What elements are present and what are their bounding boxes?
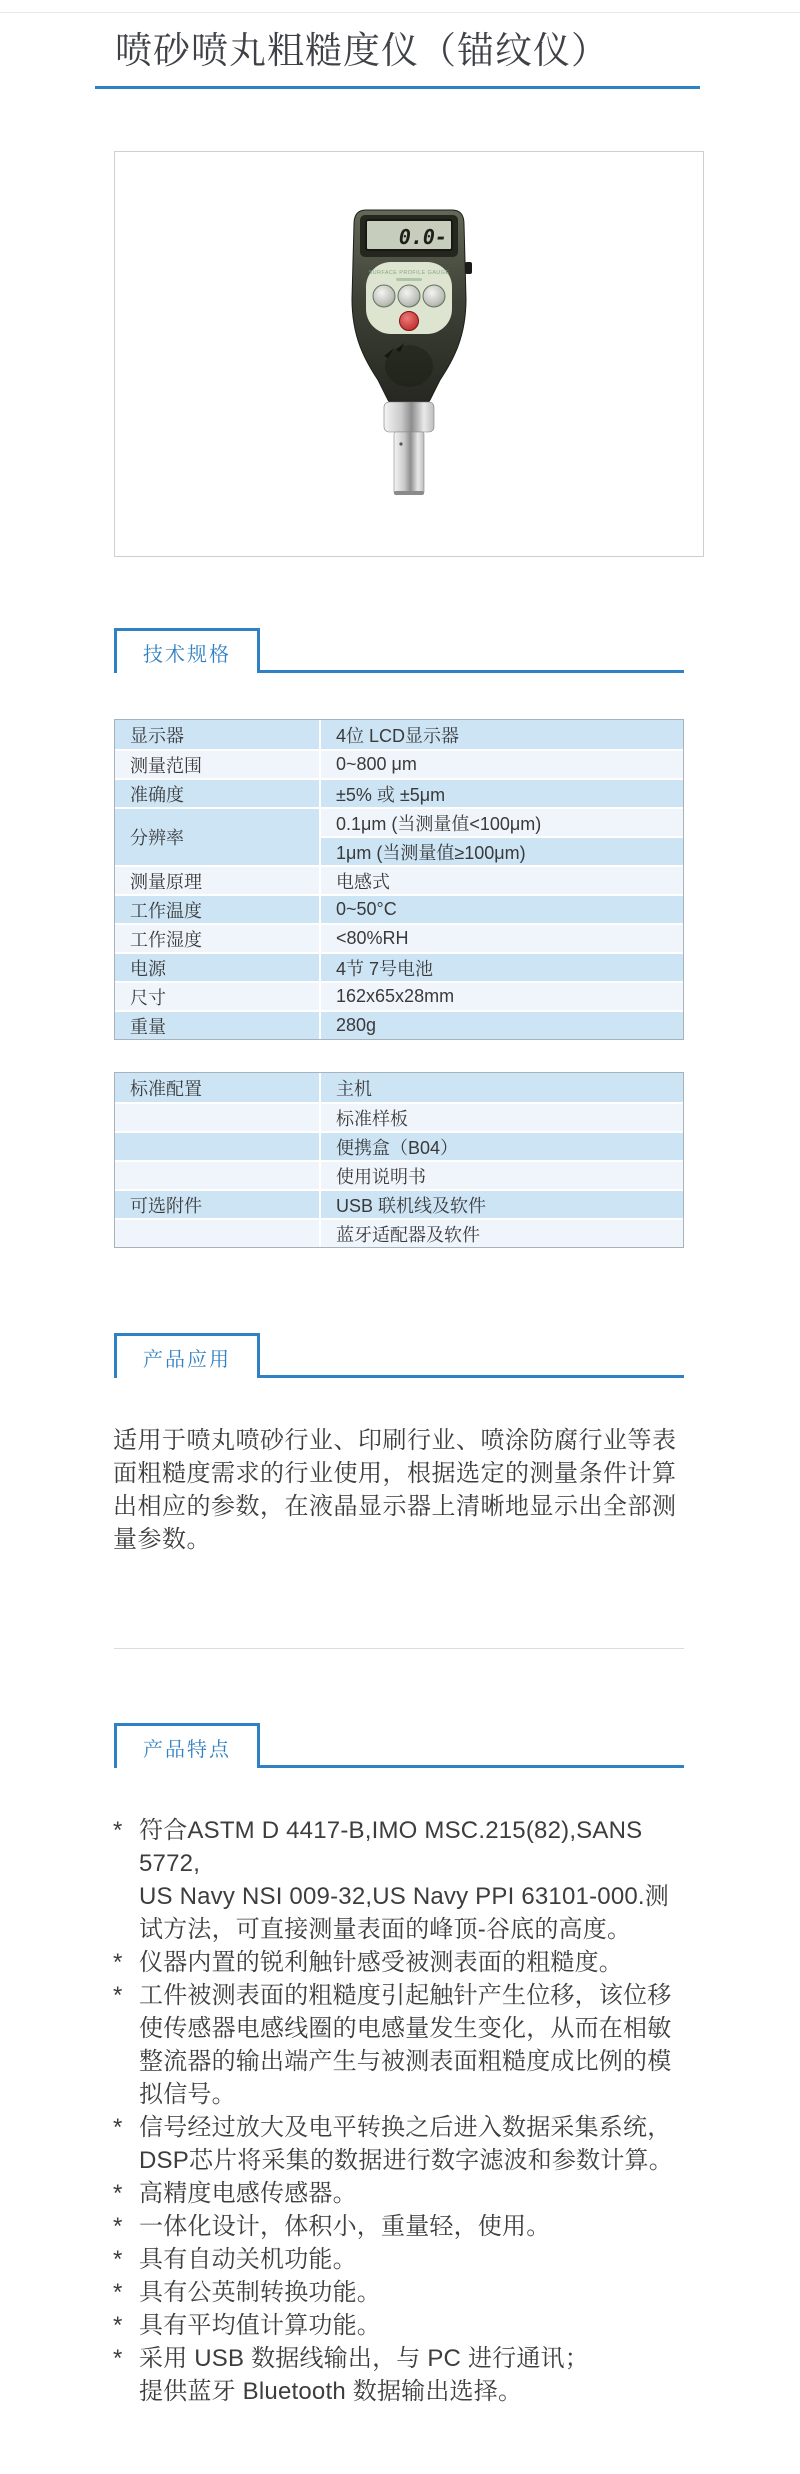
feature-item: *采用 USB 数据线输出，与 PC 进行通讯； 提供蓝牙 Bluetooth … <box>113 2342 693 2408</box>
lcd-value: 0.0- <box>399 225 447 249</box>
table-row: 蓝牙适配器及软件 <box>115 1218 683 1247</box>
section-tab-application-label: 产品应用 <box>114 1333 260 1378</box>
page-top-divider <box>0 12 800 13</box>
spec-value: 0~800 μm <box>319 749 683 778</box>
feature-bullet-marker: * <box>113 1946 139 1979</box>
config-label <box>115 1131 319 1160</box>
section-tab-specs-rule <box>260 670 684 673</box>
config-label: 可选附件 <box>115 1189 319 1218</box>
product-photo: 0.0- SURFACE PROFILE GAUGE <box>344 204 474 504</box>
feature-bullet-marker: * <box>113 2276 139 2309</box>
feature-item: *具有自动关机功能。 <box>113 2243 693 2276</box>
config-table: 标准配置 主机 标准样板 便携盒（B04） 使用说明书 可选附件 USB 联机线… <box>114 1072 684 1248</box>
feature-bullet-marker: * <box>113 1979 139 2111</box>
spec-label: 显示器 <box>115 720 319 749</box>
function-button-1 <box>373 285 395 307</box>
feature-item: *工件被测表面的粗糙度引起触针产生位移，该位移 使传感器电感线圈的电感量发生变化… <box>113 1979 693 2111</box>
feature-item: *信号经过放大及电平转换之后进入数据采集系统， DSP芯片将采集的数据进行数字滤… <box>113 2111 693 2177</box>
spec-label: 准确度 <box>115 778 319 807</box>
config-label <box>115 1218 319 1247</box>
config-value: 便携盒（B04） <box>319 1131 683 1160</box>
table-row: 测量范围 0~800 μm <box>115 749 683 778</box>
config-value: 主机 <box>319 1073 683 1102</box>
section-tab-features-label: 产品特点 <box>114 1723 260 1768</box>
section-tab-specs: 技术规格 <box>114 628 684 673</box>
table-row: 标准配置 主机 <box>115 1073 683 1102</box>
feature-bullet-marker: * <box>113 2309 139 2342</box>
spec-label: 测量原理 <box>115 865 319 894</box>
feature-item: *高精度电感传感器。 <box>113 2177 693 2210</box>
spec-label: 重量 <box>115 1010 319 1039</box>
function-button-3 <box>423 285 445 307</box>
spec-label: 测量范围 <box>115 749 319 778</box>
product-image-frame: 0.0- SURFACE PROFILE GAUGE <box>114 151 704 557</box>
table-row: 便携盒（B04） <box>115 1131 683 1160</box>
spec-value: 162x65x28mm <box>319 981 683 1010</box>
feature-item-text: 仪器内置的锐利触针感受被测表面的粗糙度。 <box>139 1946 693 1979</box>
page-title: 喷砂喷丸粗糙度仪（锚纹仪） <box>115 30 800 72</box>
table-row: 工作温度 0~50°C <box>115 894 683 923</box>
config-label <box>115 1160 319 1189</box>
feature-item: *符合ASTM D 4417-B,IMO MSC.215(82),SANS 57… <box>113 1814 693 1946</box>
probe-tip <box>394 491 424 495</box>
section-tab-features-rule <box>260 1765 684 1768</box>
section-tab-features: 产品特点 <box>114 1723 684 1768</box>
probe-cylinder <box>394 432 424 494</box>
thumb-recess <box>385 345 433 387</box>
spec-value: 4节 7号电池 <box>319 952 683 981</box>
feature-item-text: 高精度电感传感器。 <box>139 2177 693 2210</box>
spec-label: 工作湿度 <box>115 923 319 952</box>
feature-item-text: 具有公英制转换功能。 <box>139 2276 693 2309</box>
section-tab-application-rule <box>260 1375 684 1378</box>
feature-bullet-marker: * <box>113 1814 139 1946</box>
table-row: 测量原理 电感式 <box>115 865 683 894</box>
probe-assembly <box>384 402 434 495</box>
table-row: 工作湿度 <80%RH <box>115 923 683 952</box>
feature-item-text: 具有平均值计算功能。 <box>139 2309 693 2342</box>
side-button <box>465 262 472 274</box>
table-row: 尺寸 162x65x28mm <box>115 981 683 1010</box>
application-paragraph: 适用于喷丸喷砂行业、印刷行业、喷涂防腐行业等表 面粗糙度需求的行业使用，根据选定… <box>113 1424 691 1556</box>
feature-item-text: 具有自动关机功能。 <box>139 2243 693 2276</box>
table-row: 标准样板 <box>115 1102 683 1131</box>
spec-label: 电源 <box>115 952 319 981</box>
feature-bullet-marker: * <box>113 2177 139 2210</box>
feature-item-text: 采用 USB 数据线输出，与 PC 进行通讯； 提供蓝牙 Bluetooth 数… <box>139 2342 693 2408</box>
title-underline <box>95 86 700 89</box>
config-value: 使用说明书 <box>319 1160 683 1189</box>
config-label <box>115 1102 319 1131</box>
table-row: 电源 4节 7号电池 <box>115 952 683 981</box>
spec-value: 280g <box>319 1010 683 1039</box>
feature-bullet-marker: * <box>113 2210 139 2243</box>
power-button <box>400 312 419 331</box>
probe-hole <box>399 442 402 445</box>
spec-value: 4位 LCD显示器 <box>319 720 683 749</box>
feature-item-text: 信号经过放大及电平转换之后进入数据采集系统， DSP芯片将采集的数据进行数字滤波… <box>139 2111 693 2177</box>
spec-label: 尺寸 <box>115 981 319 1010</box>
spec-value: 0.1μm (当测量值<100μm) <box>319 807 683 836</box>
spec-value: 1μm (当测量值≥100μm) <box>319 836 683 865</box>
product-page: 喷砂喷丸粗糙度仪（锚纹仪） <box>0 0 800 2474</box>
spec-value: ±5% 或 ±5μm <box>319 778 683 807</box>
feature-item-text: 符合ASTM D 4417-B,IMO MSC.215(82),SANS 577… <box>139 1814 693 1946</box>
table-row: 分辨率 0.1μm (当测量值<100μm) <box>115 807 683 836</box>
spec-label: 工作温度 <box>115 894 319 923</box>
table-row: 使用说明书 <box>115 1160 683 1189</box>
section-tab-specs-label: 技术规格 <box>114 628 260 673</box>
feature-bullet-marker: * <box>113 2111 139 2177</box>
feature-item: *仪器内置的锐利触针感受被测表面的粗糙度。 <box>113 1946 693 1979</box>
feature-item-text: 一体化设计，体积小，重量轻，使用。 <box>139 2210 693 2243</box>
function-button-2 <box>398 285 420 307</box>
panel-label: SURFACE PROFILE GAUGE <box>369 270 450 276</box>
table-row: 准确度 ±5% 或 ±5μm <box>115 778 683 807</box>
spec-value: <80%RH <box>319 923 683 952</box>
control-panel: SURFACE PROFILE GAUGE <box>366 262 452 334</box>
config-label: 标准配置 <box>115 1073 319 1102</box>
spec-table: 显示器 4位 LCD显示器 测量范围 0~800 μm 准确度 ±5% 或 ±5… <box>114 719 684 1040</box>
feature-item: *一体化设计，体积小，重量轻，使用。 <box>113 2210 693 2243</box>
section-divider <box>114 1648 684 1649</box>
table-row: 显示器 4位 LCD显示器 <box>115 720 683 749</box>
panel-model-line <box>396 278 422 281</box>
table-row: 重量 280g <box>115 1010 683 1039</box>
table-row: 可选附件 USB 联机线及软件 <box>115 1189 683 1218</box>
config-value: 标准样板 <box>319 1102 683 1131</box>
feature-item-text: 工件被测表面的粗糙度引起触针产生位移，该位移 使传感器电感线圈的电感量发生变化，… <box>139 1979 693 2111</box>
spec-label: 分辨率 <box>115 807 319 865</box>
config-value: 蓝牙适配器及软件 <box>319 1218 683 1247</box>
config-value: USB 联机线及软件 <box>319 1189 683 1218</box>
spec-value: 电感式 <box>319 865 683 894</box>
feature-bullet-marker: * <box>113 2243 139 2276</box>
feature-item: *具有平均值计算功能。 <box>113 2309 693 2342</box>
probe-collar <box>384 402 434 432</box>
spec-value: 0~50°C <box>319 894 683 923</box>
feature-bullet-marker: * <box>113 2342 139 2408</box>
section-tab-application: 产品应用 <box>114 1333 684 1378</box>
lcd-display: 0.0- <box>360 215 458 257</box>
feature-list: *符合ASTM D 4417-B,IMO MSC.215(82),SANS 57… <box>113 1814 693 2408</box>
feature-item: *具有公英制转换功能。 <box>113 2276 693 2309</box>
